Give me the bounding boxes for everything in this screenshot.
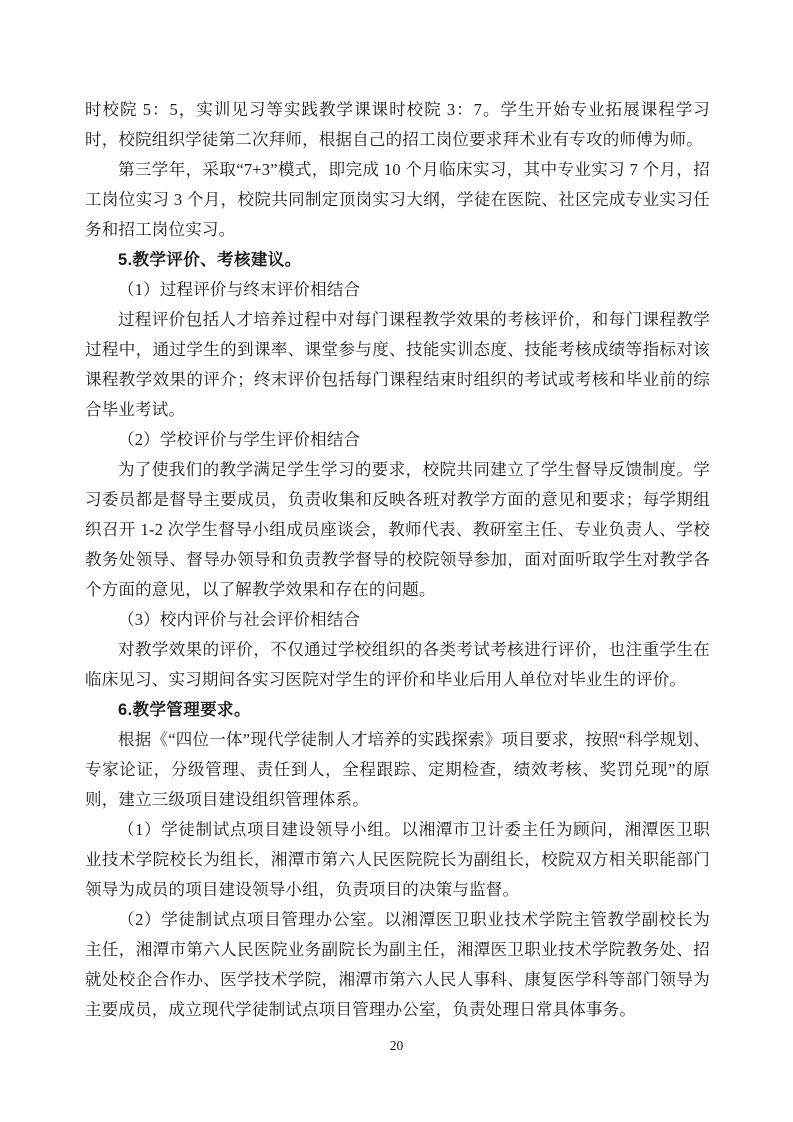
section-heading: 6.教学管理要求。 [85,695,710,725]
paragraph: （1）学徒制试点项目建设领导小组。以湘潭市卫计委主任为顾问，湘潭医卫职业技术学院… [85,815,710,905]
paragraph: 过程评价包括人才培养过程中对每门课程教学效果的考核评价，和每门课程教学过程中，通… [85,305,710,425]
subsection-title: （3）校内评价与社会评价相结合 [85,605,710,635]
paragraph: 根据《“四位一体”现代学徒制人才培养的实践探索》项目要求，按照“科学规划、专家论… [85,725,710,815]
paragraph: （2）学徒制试点项目管理办公室。以湘潭医卫职业技术学院主管教学副校长为主任，湘潭… [85,905,710,1025]
document-body: 时校院 5：5，实训见习等实践教学课课时校院 3：7。学生开始专业拓展课程学习时… [85,95,710,1025]
paragraph: 第三学年，采取“7+3”模式，即完成 10 个月临床实习，其中专业实习 7 个月… [85,155,710,245]
subsection-title: （1）过程评价与终末评价相结合 [85,275,710,305]
paragraph: 为了使我们的教学满足学生学习的要求，校院共同建立了学生督导反馈制度。学习委员都是… [85,455,710,605]
page-number: 20 [0,1036,793,1056]
section-heading: 5.教学评价、考核建议。 [85,245,710,275]
document-page: 时校院 5：5，实训见习等实践教学课课时校院 3：7。学生开始专业拓展课程学习时… [0,0,793,1122]
paragraph: 时校院 5：5，实训见习等实践教学课课时校院 3：7。学生开始专业拓展课程学习时… [85,95,710,155]
subsection-title: （2）学校评价与学生评价相结合 [85,425,710,455]
paragraph: 对教学效果的评价，不仅通过学校组织的各类考试考核进行评价，也注重学生在临床见习、… [85,635,710,695]
